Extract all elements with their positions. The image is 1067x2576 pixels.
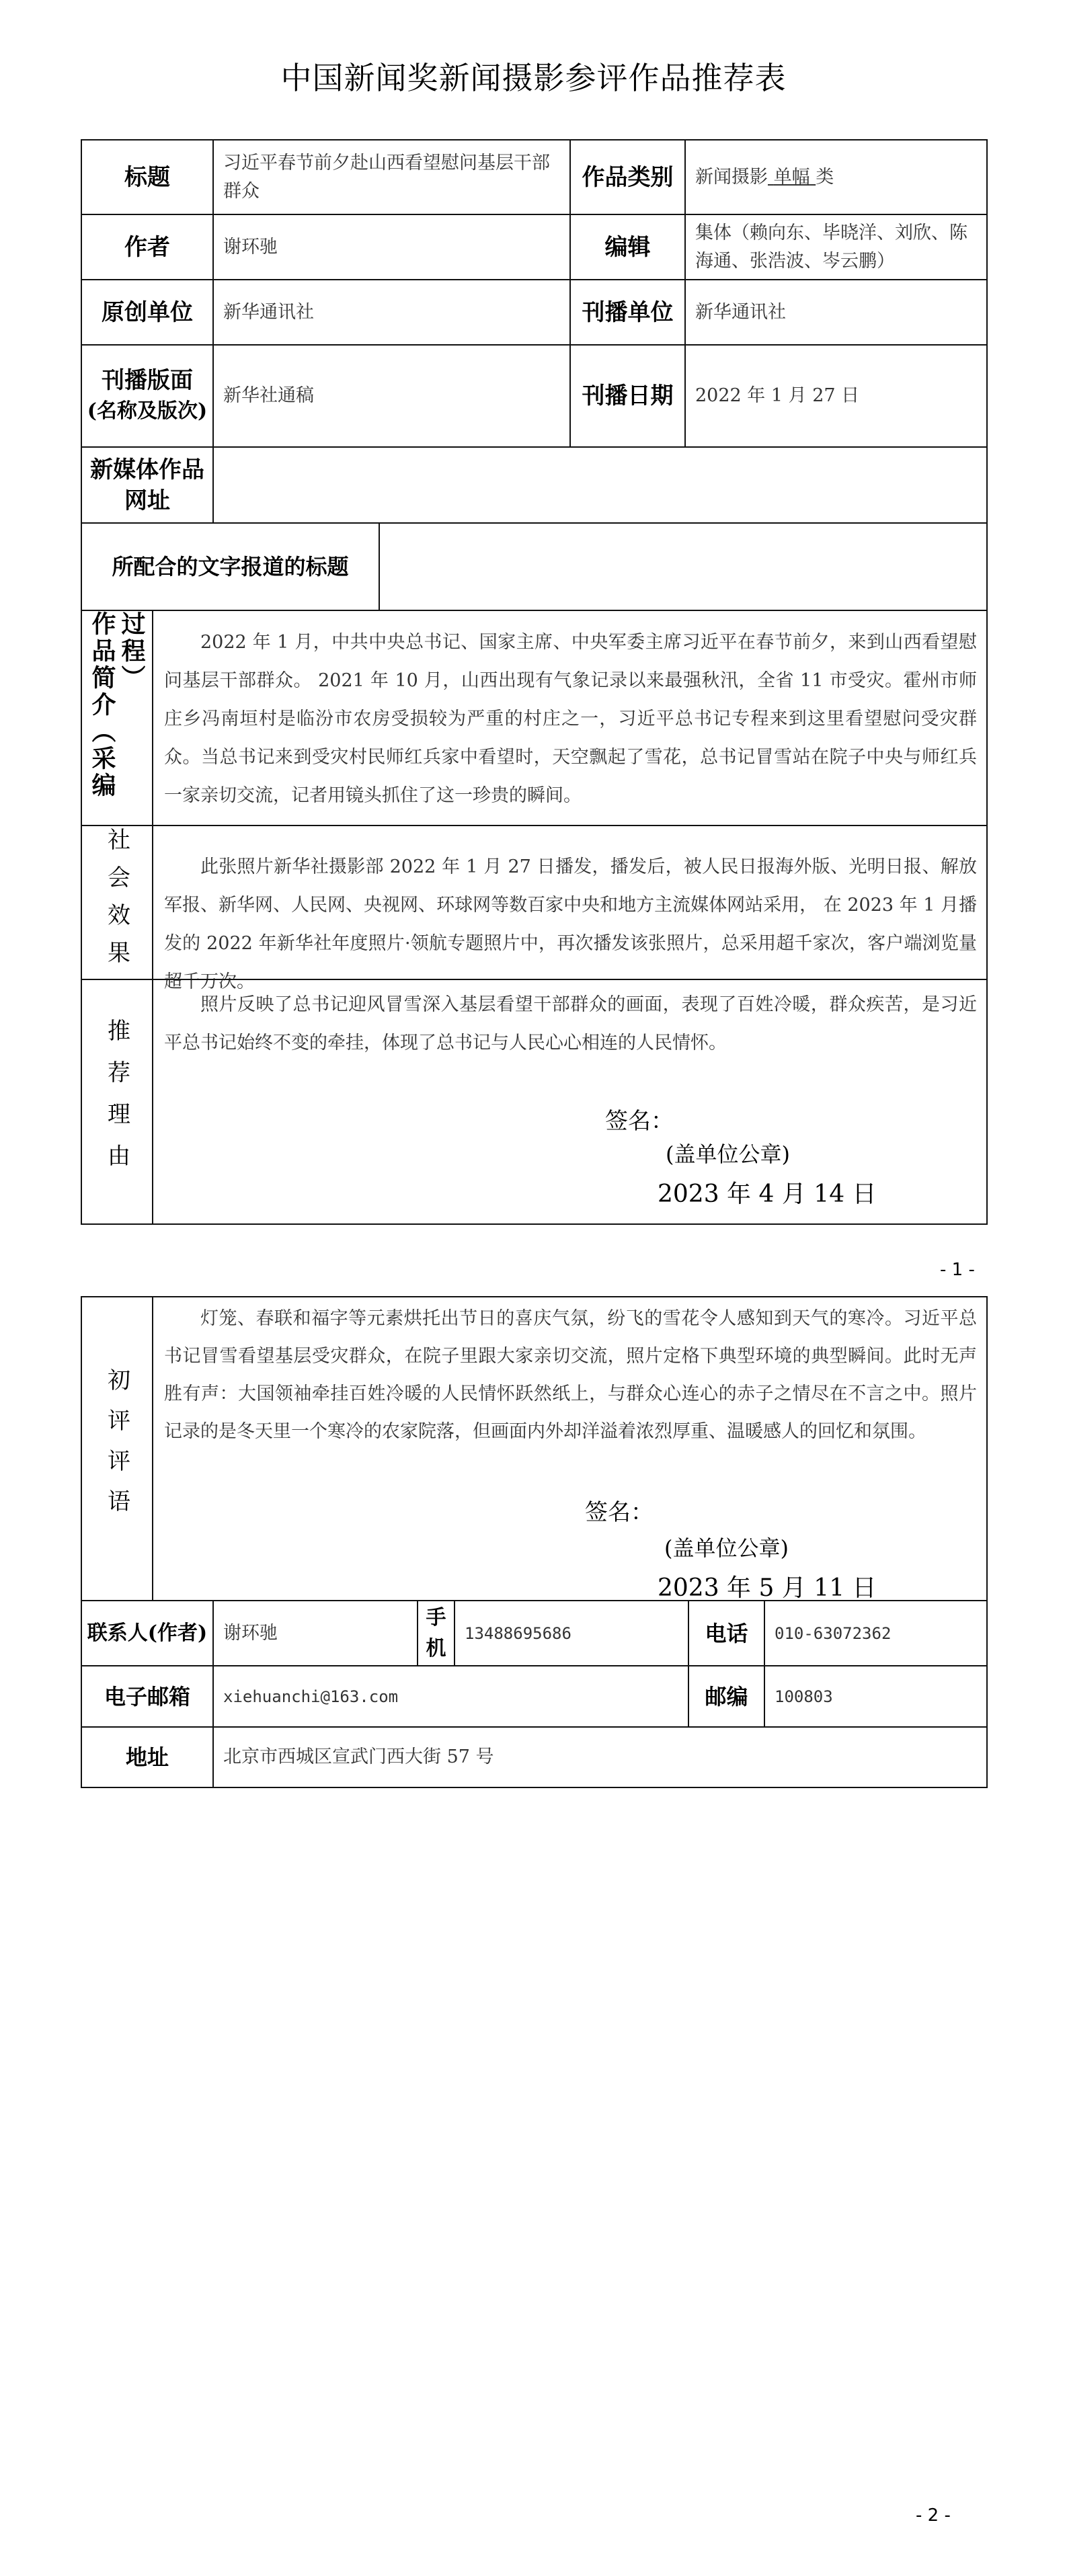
page-number-1: - 1 - [940,1260,975,1280]
review-label-text: 初评评语 [101,1368,134,1529]
reason-signature: 签名： [605,1102,674,1135]
publish-unit-label: 刊播单位 [569,279,686,346]
new-media-value [212,446,988,524]
social-effect-text: 此张照片新华社摄影部 2022 年 1 月 27 日播发，播发后，被人民日报海外… [152,825,988,980]
origin-unit-value: 新华通讯社 [212,279,571,346]
category-label-text: 作品类别 [582,162,674,193]
author-label: 作者 [81,214,214,280]
category-type: 单幅 [774,167,810,188]
contact-value: 谢环驰 [212,1600,418,1666]
publish-page-sublabel: (名称及版次) [87,396,207,427]
review-label: 初评评语 [81,1296,153,1601]
category-value: 新闻摄影 单幅 类 [684,139,988,215]
email-value: xiehuanchi@163.com [212,1665,689,1728]
category-suffix: 类 [816,163,834,192]
category-label: 作品类别 [569,139,686,215]
email-label: 电子邮箱 [81,1665,214,1728]
social-effect-label-text: 社会效果 [101,828,134,978]
mobile-value: 13488695686 [454,1600,689,1666]
origin-unit-label: 原创单位 [81,279,214,346]
publish-page-value: 新华社通稿 [212,344,571,448]
new-media-label: 新媒体作品网址 [81,446,214,524]
phone-value: 010-63072362 [764,1600,988,1666]
intro-text: 2022 年 1 月，中共中央总书记、国家主席、中央军委主席习近平在春节前夕，来… [152,610,988,826]
review-date: 2023 年 5 月 11 日 [658,1569,877,1603]
category-prefix: 新闻摄影 [695,163,768,192]
publish-date-label: 刊播日期 [569,344,686,448]
reason-seal: (盖单位公章) [666,1137,790,1168]
review-text: 灯笼、春联和福字等元素烘托出节日的喜庆气氛，纷飞的雪花令人感知到天气的寒冷。习近… [152,1296,988,1601]
address-label: 地址 [81,1726,214,1788]
postcode-label: 邮编 [688,1665,765,1728]
author-value: 谢环驰 [212,214,571,280]
page-title: 中国新闻奖新闻摄影参评作品推荐表 [0,54,1067,98]
page-number-2: - 2 - [916,2505,951,2526]
mobile-label: 手机 [417,1600,455,1666]
review-signature: 签名： [585,1494,654,1527]
title-value: 习近平春节前夕赴山西看望慰问基层干部群众 [212,139,571,215]
phone-label: 电话 [688,1600,765,1666]
editor-label: 编辑 [569,214,686,280]
address-value: 北京市西城区宣武门西大街 57 号 [212,1726,988,1788]
reason-label: 推荐理由 [81,979,153,1225]
editor-value: 集体（赖向东、毕晓洋、刘欣、陈海通、张浩波、岑云鹏） [684,214,988,280]
postcode-value: 100803 [764,1665,988,1728]
publish-page-label-text: 刊播版面 [102,365,193,396]
related-report-label: 所配合的文字报道的标题 [81,522,380,611]
publish-page-label: 刊播版面 (名称及版次) [81,344,214,448]
publish-unit-value: 新华通讯社 [684,279,988,346]
title-label: 标题 [81,139,214,215]
reason-date: 2023 年 4 月 14 日 [658,1175,877,1209]
publish-date-value: 2022 年 1 月 27 日 [684,344,988,448]
intro-label-text: 作品简介（采编过程） [87,611,147,825]
contact-label: 联系人(作者) [81,1600,214,1666]
reason-label-text: 推荐理由 [101,1018,134,1185]
social-effect-label: 社会效果 [81,825,153,980]
intro-label: 作品简介（采编过程） [81,610,153,826]
related-report-value [379,522,988,611]
review-seal: (盖单位公章) [664,1531,789,1562]
